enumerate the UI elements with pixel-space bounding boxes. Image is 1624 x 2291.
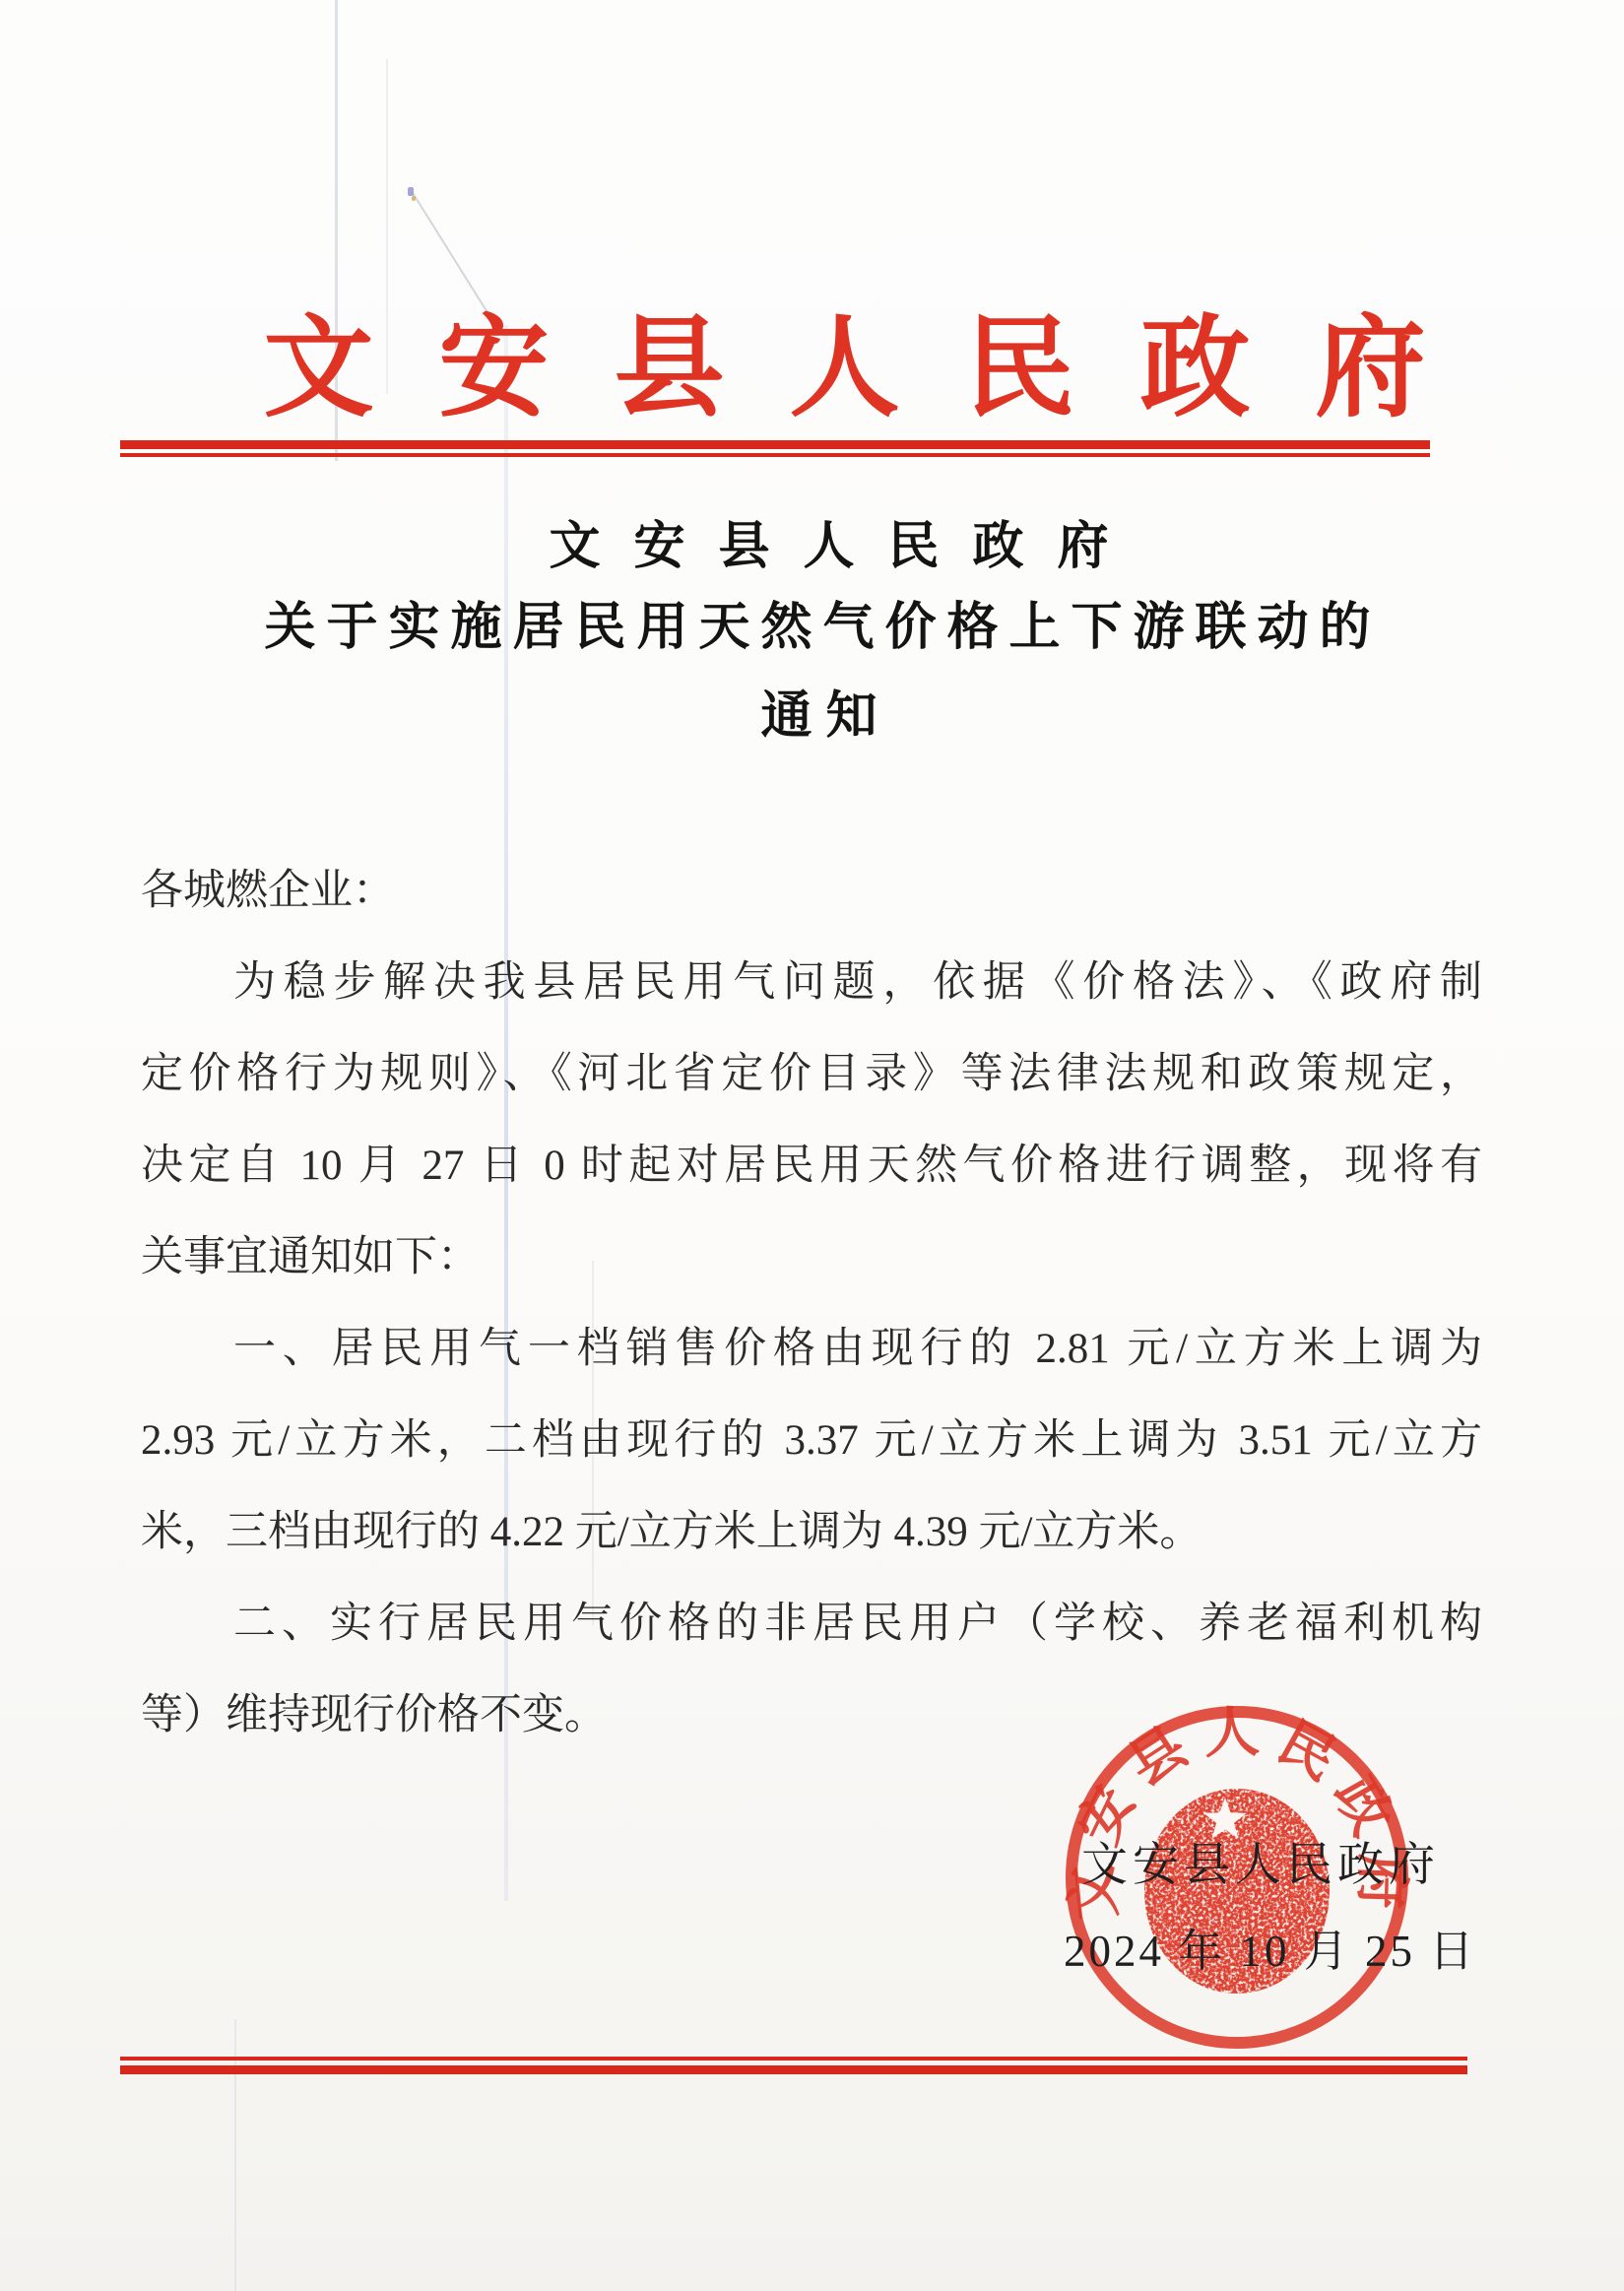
red-separator-line-top [120, 440, 1430, 457]
letterhead-agency-title: 文安县人民政府 [0, 295, 1624, 443]
document-body: 各城燃企业： 为稳步解决我县居民用气问题，依据《价格法》、《政府制 定价格行为规… [141, 845, 1482, 1761]
signature-date: 2024 年 10 月 25 日 [1064, 1915, 1476, 1979]
body-line: 二、实行居民用气价格的非居民用户（学校、养老福利机构 [141, 1578, 1482, 1669]
body-line: 关事宜通知如下： [141, 1211, 1482, 1303]
scanned-document-page: 文安县人民政府 文安县人民政府 关于实施居民用天然气价格上下游联动的 通知 各城… [0, 0, 1624, 2291]
body-line: 定价格行为规则》、《河北省定价目录》等法律法规和政策规定， [141, 1028, 1482, 1120]
scan-speck [408, 187, 414, 196]
salutation: 各城燃企业： [141, 845, 1482, 937]
body-line: 2.93 元/立方米，二档由现行的 3.37 元/立方米上调为 3.51 元/立… [141, 1395, 1482, 1486]
doc-title-issuer: 文安县人民政府 [0, 504, 1624, 578]
signature-issuer: 文安县人民政府 [1081, 1828, 1440, 1894]
red-rule-thin [120, 453, 1430, 457]
scan-speck [412, 196, 416, 201]
red-rule-thick [120, 440, 1430, 449]
doc-title-subject: 关于实施居民用天然气价格上下游联动的 [0, 585, 1624, 659]
body-line: 一、居民用气一档销售价格由现行的 2.81 元/立方米上调为 [141, 1303, 1482, 1395]
red-rule-thick [120, 2065, 1467, 2074]
body-line: 为稳步解决我县居民用气问题，依据《价格法》、《政府制 [141, 937, 1482, 1028]
body-line: 决定自 10 月 27 日 0 时起对居民用天然气价格进行调整，现将有 [141, 1120, 1482, 1211]
body-line: 米，三档由现行的 4.22 元/立方米上调为 4.39 元/立方米。 [141, 1486, 1482, 1578]
doc-title-notice: 通知 [0, 674, 1624, 748]
